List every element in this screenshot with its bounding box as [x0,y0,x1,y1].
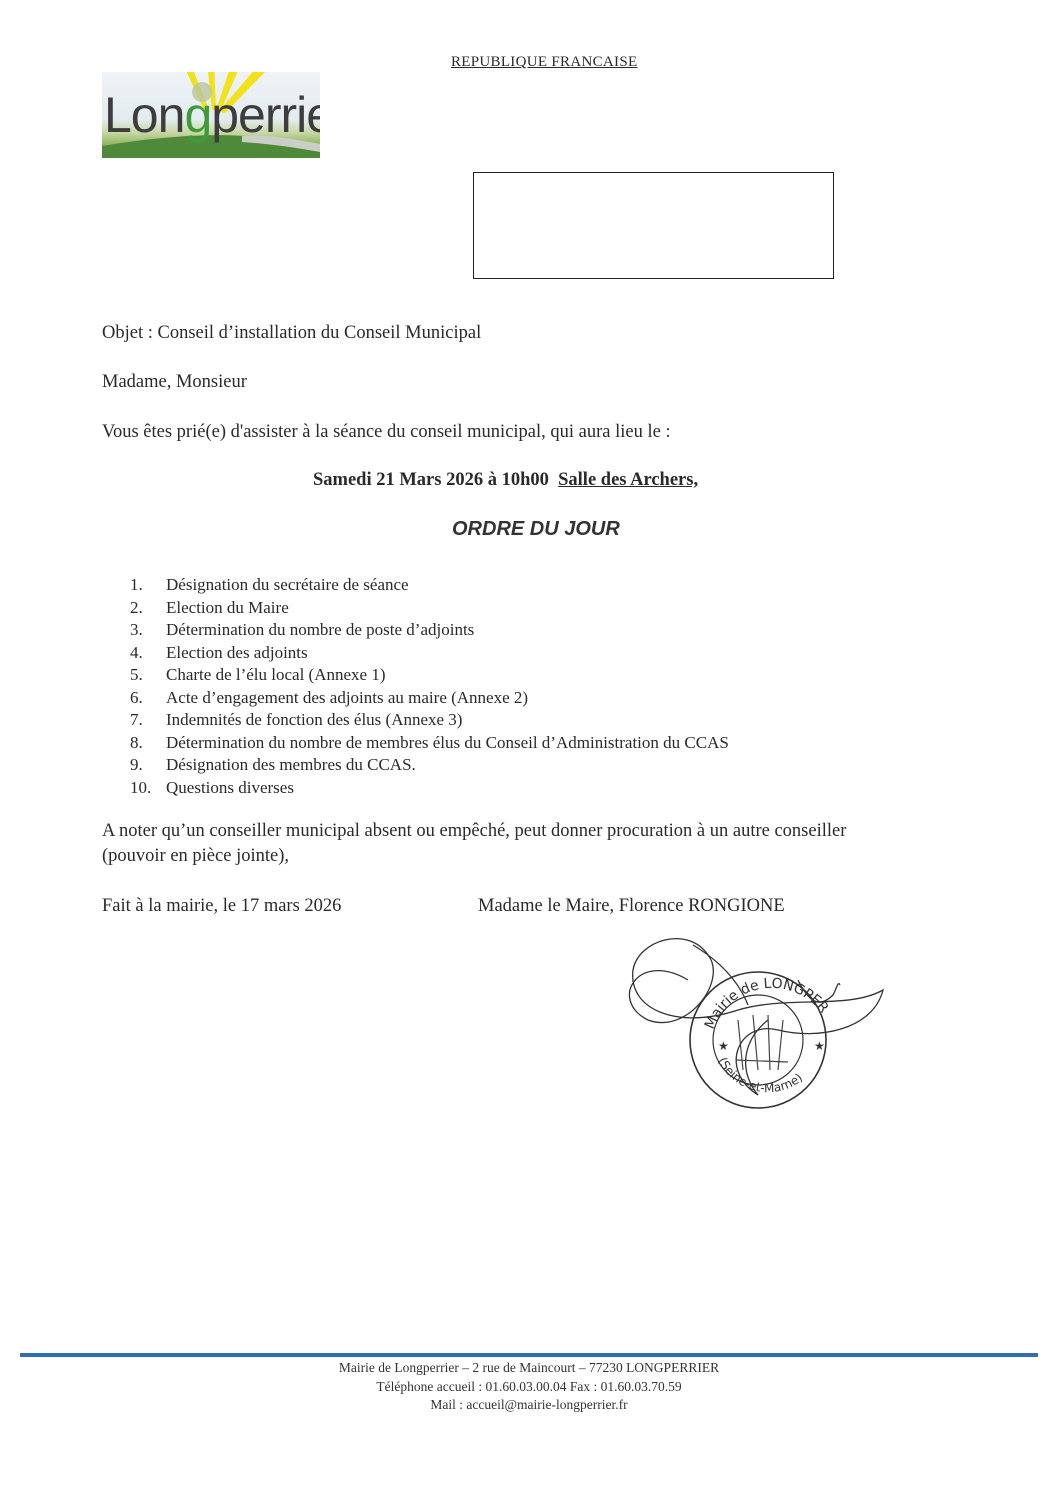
agenda-item: 6.Acte d’engagement des adjoints au mair… [130,687,729,710]
longperrier-logo: Longperrier [102,72,320,158]
agenda-item: 1.Désignation du secrétaire de séance [130,574,729,597]
proxy-note-line1: A noter qu’un conseiller municipal absen… [102,821,846,842]
agenda-item: 7.Indemnités de fonction des élus (Annex… [130,709,729,732]
meeting-datetime: Samedi 21 Mars 2026 à 10h00 Salle des Ar… [313,470,698,491]
agenda-title: ORDRE DU JOUR [452,518,620,541]
agenda-item: 5.Charte de l’élu local (Annexe 1) [130,664,729,687]
agenda-item: 9.Désignation des membres du CCAS. [130,754,729,777]
footer-mail: Mail : accueil@mairie-longperrier.fr [0,1397,1058,1413]
place-and-date: Fait à la mairie, le 17 mars 2026 [102,896,341,917]
meeting-location: Salle des Archers, [558,470,698,490]
svg-text:★: ★ [814,1039,825,1053]
agenda-item: 3.Détermination du nombre de poste d’adj… [130,619,729,642]
signatory: Madame le Maire, Florence RONGIONE [478,896,785,917]
proxy-note-line2: (pouvoir en pièce jointe), [102,846,289,867]
footer-phone: Téléphone accueil : 01.60.03.00.04 Fax :… [0,1379,1058,1395]
invitation-text: Vous êtes prié(e) d'assister à la séance… [102,422,671,443]
agenda-list: 1.Désignation du secrétaire de séance 2.… [130,574,729,799]
subject-line: Objet : Conseil d’installation du Consei… [102,323,481,344]
agenda-item: 4.Election des adjoints [130,642,729,665]
agenda-item: 2.Election du Maire [130,597,729,620]
footer-divider [20,1353,1038,1357]
svg-text:★: ★ [718,1039,729,1053]
logo-text: Longperrier [104,90,320,140]
official-stamp-signature: Mairie de LONGPERRIER (Seine-et-Marne) ★… [618,920,888,1110]
footer-address: Mairie de Longperrier – 2 rue de Maincou… [0,1360,1058,1376]
recipient-address-box [473,172,834,279]
salutation: Madame, Monsieur [102,372,247,393]
agenda-item: 10.Questions diverses [130,777,729,800]
meeting-date: Samedi 21 Mars 2026 à 10h00 [313,470,549,490]
svg-text:Mairie de LONGPERRIER: Mairie de LONGPERRIER [618,920,832,1032]
republic-heading: REPUBLIQUE FRANCAISE [451,54,637,71]
agenda-item: 8.Détermination du nombre de membres élu… [130,732,729,755]
